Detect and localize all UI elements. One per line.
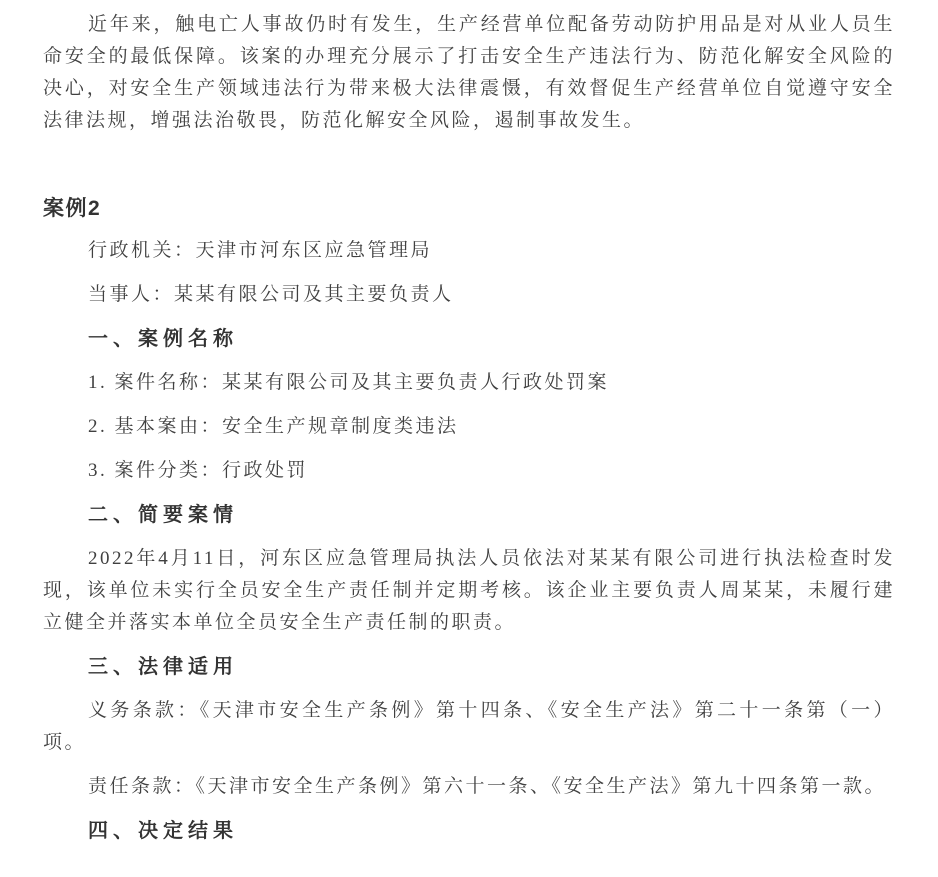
case-summary-paragraph: 2022年4月11日，河东区应急管理局执法人员依法对某某有限公司进行执法检查时发… [43,543,895,639]
case-document-page: 近年来，触电亡人事故仍时有发生，生产经营单位配备劳动防护用品是对从业人员生命安全… [0,0,938,877]
agency-line: 行政机关：天津市河东区应急管理局 [43,235,895,267]
section-heading-case-name: 一、案例名称 [43,323,895,355]
section-heading-legal-application: 三、法律适用 [43,651,895,683]
party-line: 当事人：某某有限公司及其主要负责人 [43,279,895,311]
liability-clause-paragraph: 责任条款：《天津市安全生产条例》第六十一条、《安全生产法》第九十四条第一款。 [43,771,895,803]
intro-paragraph: 近年来，触电亡人事故仍时有发生，生产经营单位配备劳动防护用品是对从业人员生命安全… [43,9,895,137]
obligation-clause-paragraph: 义务条款：《天津市安全生产条例》第十四条、《安全生产法》第二十一条第（一）项。 [43,695,895,759]
case-category-item: 3. 案件分类：行政处罚 [43,455,895,487]
section-heading-decision-result: 四、决定结果 [43,815,895,847]
case-name-item: 1. 案件名称：某某有限公司及其主要负责人行政处罚案 [43,367,895,399]
case-cause-item: 2. 基本案由：安全生产规章制度类违法 [43,411,895,443]
case-title: 案例2 [43,195,895,223]
section-heading-case-summary: 二、简要案情 [43,499,895,531]
